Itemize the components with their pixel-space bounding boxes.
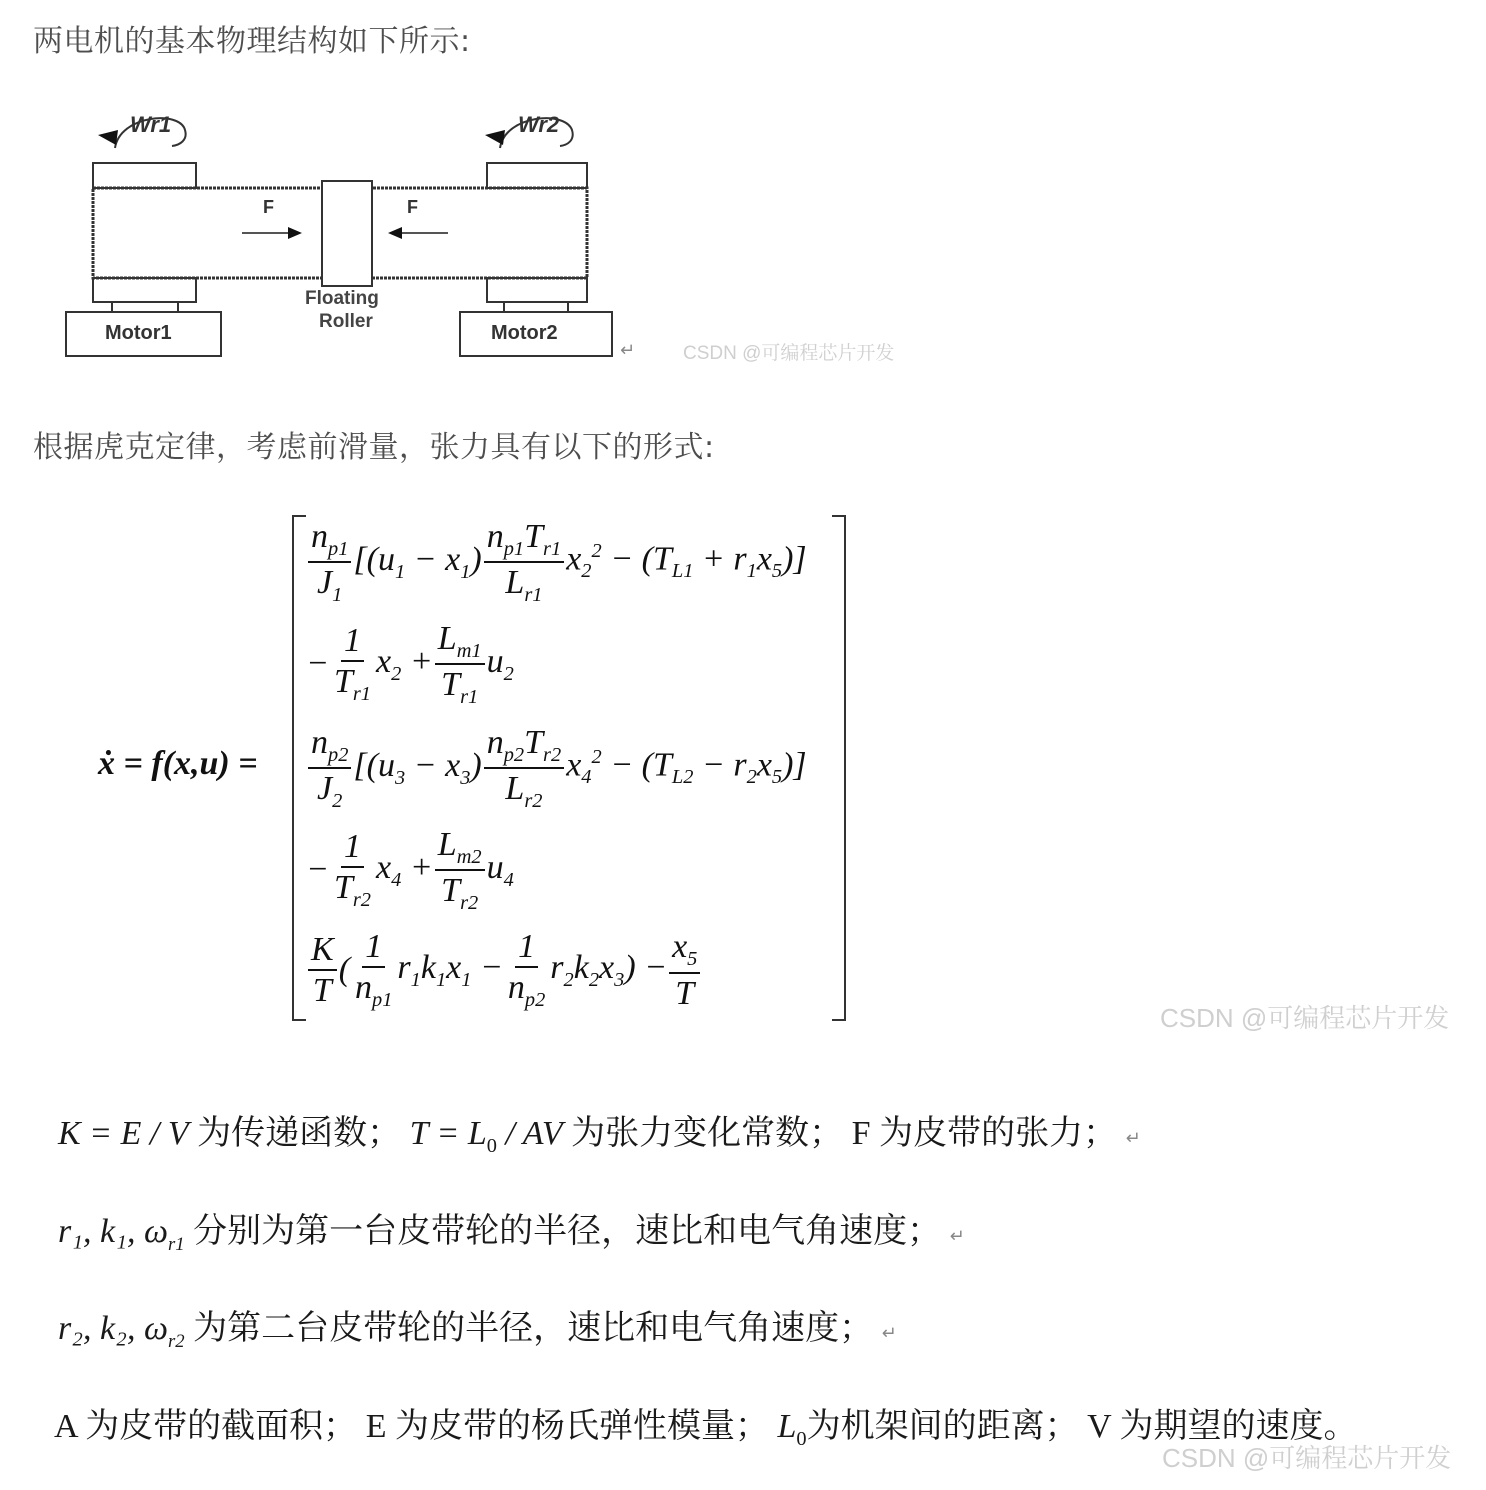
f-description: 为皮带的张力； — [879, 1115, 1117, 1152]
equation-lhs: ẋ = f(x,u) = — [98, 745, 258, 783]
matrix-right-bracket — [832, 515, 846, 1021]
omega1-subscript: r1 — [168, 1234, 185, 1255]
matrix-row-1: np1J1 [(u1 − x1) np1Tr1Lr1 x22 − (TL1 + … — [306, 512, 807, 612]
e-description: 为皮带的杨氏弹性模量； — [395, 1408, 769, 1445]
l-description: 为机架间的距离； — [807, 1408, 1079, 1445]
omega2-subscript: r2 — [168, 1331, 185, 1352]
t-definition-pre: T = L — [410, 1115, 487, 1152]
matrix-row-3: np2J2 [(u3 − x3) np2Tr2Lr2 x42 − (TL2 − … — [306, 718, 807, 818]
k-definition: K = E / V — [58, 1115, 189, 1152]
pulley1-description: 分别为第一台皮带轮的半径，速比和电气角速度； — [193, 1213, 941, 1250]
force-label-left: F — [263, 197, 274, 218]
roller-label-line2: Roller — [319, 311, 373, 333]
e-symbol: E — [366, 1408, 387, 1445]
definition-line-2: r₁, k₁, ωr1 分别为第一台皮带轮的半径，速比和电气角速度； ↵ — [58, 1203, 965, 1256]
pulley2-description: 为第二台皮带轮的半径，速比和电气角速度； — [193, 1310, 873, 1347]
return-mark-icon: ↵ — [1126, 1128, 1141, 1149]
matrix-left-bracket — [292, 515, 306, 1021]
f-symbol: F — [852, 1115, 871, 1152]
matrix-row-2: − 1Tr1 x2 + Lm1Tr1 u2 — [306, 614, 514, 714]
l-symbol: L — [777, 1408, 796, 1445]
intro-paragraph: 两电机的基本物理结构如下所示: — [33, 16, 471, 60]
wr2-label: Wr2 — [518, 112, 559, 138]
matrix-row-5: KT ( 1np1 r1k1x1 − 1np2 r2k2x3) − x5T — [306, 920, 702, 1020]
hooke-paragraph: 根据虎克定律，考虑前滑量，张力具有以下的形式: — [33, 422, 715, 466]
motor-structure-diagram: Wr1 Wr2 F F Floating Roller Motor1 Motor… — [60, 100, 630, 370]
return-mark-icon: ↵ — [620, 340, 635, 361]
return-mark-icon: ↵ — [882, 1323, 897, 1344]
k-description: 为传递函数； — [197, 1115, 401, 1152]
state-equation: ẋ = f(x,u) = np1J1 [(u1 − x1) np1Tr1Lr1 … — [0, 500, 1486, 1030]
force-label-right: F — [407, 197, 418, 218]
return-mark-icon: ↵ — [950, 1226, 965, 1247]
a-description: 为皮带的截面积； — [85, 1408, 357, 1445]
a-symbol: A — [54, 1408, 77, 1445]
definition-line-1: K = E / V 为传递函数； T = L0 / AV 为张力变化常数； F … — [58, 1105, 1141, 1158]
t-definition-post: / AV — [497, 1115, 563, 1152]
wr1-label: Wr1 — [130, 112, 171, 138]
definition-line-3: r₂, k₂, ωr2 为第二台皮带轮的半径，速比和电气角速度； ↵ — [58, 1300, 897, 1353]
pulley2-symbols: r₂, k₂, ω — [58, 1310, 168, 1347]
watermark-equation: CSDN @可编程芯片开发 — [1160, 998, 1449, 1035]
v-symbol: V — [1087, 1408, 1111, 1445]
l-subscript: 0 — [796, 1428, 806, 1450]
matrix-row-4: − 1Tr2 x4 + Lm2Tr2 u4 — [306, 820, 514, 920]
pulley1-symbols: r₁, k₁, ω — [58, 1213, 168, 1250]
t-description: 为张力变化常数； — [571, 1115, 843, 1152]
motor2-label: Motor2 — [491, 322, 558, 345]
motor1-label: Motor1 — [105, 322, 172, 345]
roller-label-line1: Floating — [305, 288, 379, 310]
watermark-diagram: CSDN @可编程芯片开发 — [683, 338, 894, 365]
watermark-definitions: CSDN @可编程芯片开发 — [1162, 1438, 1451, 1475]
t-definition-sub: 0 — [487, 1135, 497, 1157]
